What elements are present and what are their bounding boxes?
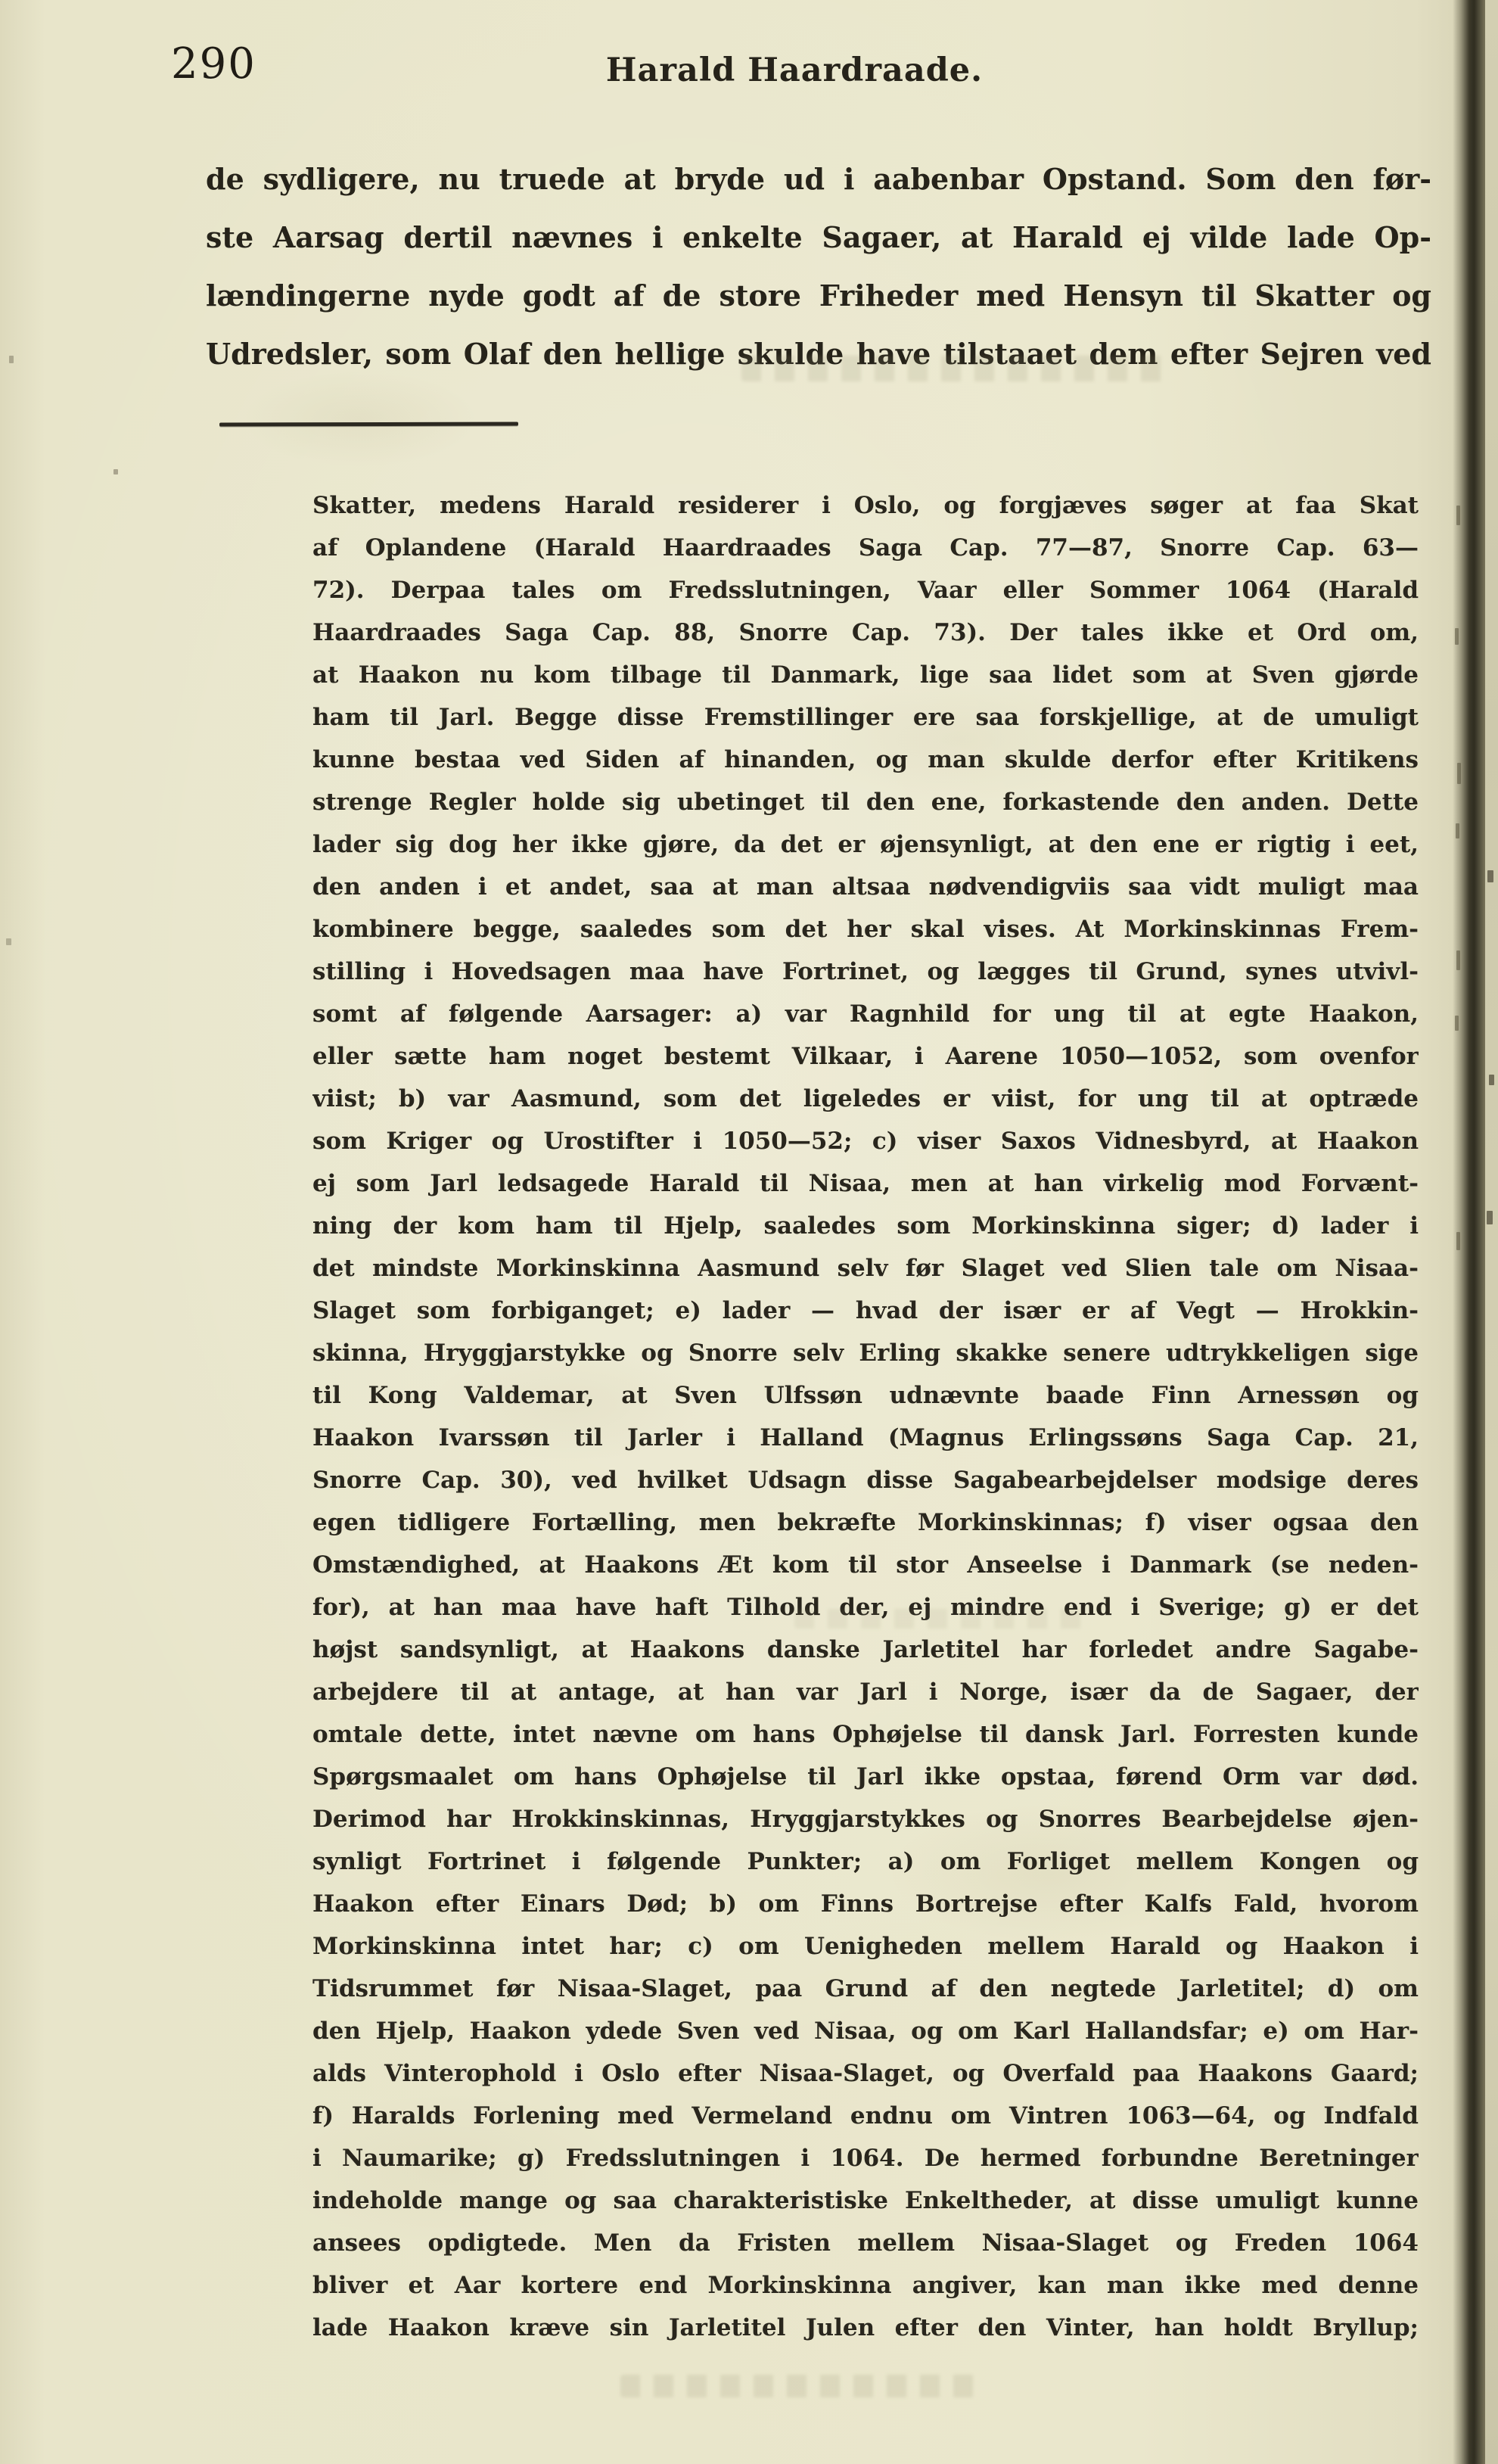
text-line: lændingerne nyde godt af de store Frihed… (206, 266, 1431, 325)
text-line: for), at han maa have haft Tilhold der, … (312, 1586, 1419, 1629)
margin-mark (1455, 628, 1459, 645)
text-line: kombinere begge, saaledes som det her sk… (312, 908, 1419, 950)
ink-speck (9, 356, 14, 363)
footnote-text-block: Skatter, medens Harald residerer i Oslo,… (312, 484, 1419, 2349)
main-text-block: de sydligere, nu truede at bryde ud i aa… (206, 150, 1431, 383)
text-line: f) Haralds Forlening med Vermeland endnu… (312, 2095, 1419, 2137)
text-line: 72). Derpaa tales om Fredsslutningen, Va… (312, 569, 1419, 611)
text-line: højst sandsynligt, at Haakons danske Jar… (312, 1629, 1419, 1671)
text-line: synligt Fortrinet i følgende Punkter; a)… (312, 1840, 1419, 1883)
text-line: Spørgsmaalet om hans Ophøjelse til Jarl … (312, 1756, 1419, 1798)
text-line: skinna, Hryggjarstykke og Snorre selv Er… (312, 1332, 1419, 1374)
text-line: Derimod har Hrokkinskinnas, Hryggjarstyk… (312, 1798, 1419, 1840)
text-line: indeholde mange og saa charakteristiske … (312, 2179, 1419, 2222)
margin-mark (1456, 950, 1460, 970)
text-line: i Naumarike; g) Fredsslutningen i 1064. … (312, 2137, 1419, 2179)
text-line: bliver et Aar kortere end Morkinskinna a… (312, 2264, 1419, 2307)
text-line: omtale dette, intet nævne om hans Ophøje… (312, 1713, 1419, 1756)
text-line: alds Vinterophold i Oslo efter Nisaa-Sla… (312, 2052, 1419, 2095)
text-line: eller sætte ham noget bestemt Vilkaar, i… (312, 1035, 1419, 1078)
text-line: at Haakon nu kom tilbage til Danmark, li… (312, 654, 1419, 696)
text-line: Omstændighed, at Haakons Æt kom til stor… (312, 1544, 1419, 1586)
book-page: 290 Harald Haardraade. de sydligere, nu … (0, 0, 1498, 2464)
text-line: Tidsrummet før Nisaa-Slaget, paa Grund a… (312, 1968, 1419, 2010)
footnote-separator-rule (219, 422, 518, 426)
text-line: somt af følgende Aarsager: a) var Ragnhi… (312, 993, 1419, 1035)
opposite-page-edge (1485, 0, 1498, 2464)
text-line: lade Haakon kræve sin Jarletitel Julen e… (312, 2307, 1419, 2349)
text-line: den anden i et andet, saa at man altsaa … (312, 866, 1419, 908)
text-line: lader sig dog her ikke gjøre, da det er … (312, 823, 1419, 866)
text-line: af Oplandene (Harald Haardraades Saga Ca… (312, 527, 1419, 569)
text-line: egen tidligere Fortælling, men bekræfte … (312, 1501, 1419, 1544)
page-number: 290 (171, 39, 256, 89)
text-line: ste Aarsag dertil nævnes i enkelte Sagae… (206, 208, 1431, 266)
text-line: Udredsler, som Olaf den hellige skulde h… (206, 325, 1431, 383)
text-line: Snorre Cap. 30), ved hvilket Udsagn diss… (312, 1459, 1419, 1501)
text-line: kunne bestaa ved Siden af hinanden, og m… (312, 739, 1419, 781)
ink-speck (113, 469, 118, 474)
text-line: stilling i Hovedsagen maa have Fortrinet… (312, 950, 1419, 993)
text-line: Haakon efter Einars Død; b) om Finns Bor… (312, 1883, 1419, 1925)
text-line: Morkinskinna intet har; c) om Uenigheden… (312, 1925, 1419, 1968)
text-line: strenge Regler holde sig ubetinget til d… (312, 781, 1419, 823)
text-line: de sydligere, nu truede at bryde ud i aa… (206, 150, 1431, 208)
ink-speck (6, 938, 11, 945)
text-line: ham til Jarl. Begge disse Fremstillinger… (312, 696, 1419, 739)
ink-speck (1487, 870, 1493, 882)
ink-speck (1487, 1211, 1493, 1224)
text-line: den Hjelp, Haakon ydede Sven ved Nisaa, … (312, 2010, 1419, 2052)
text-line: det mindste Morkinskinna Aasmund selv fø… (312, 1247, 1419, 1290)
text-line: Haakon Ivarssøn til Jarler i Halland (Ma… (312, 1417, 1419, 1459)
text-line: som Kriger og Urostifter i 1050—52; c) v… (312, 1120, 1419, 1162)
margin-mark (1456, 823, 1459, 838)
text-line: ej som Jarl ledsagede Harald til Nisaa, … (312, 1162, 1419, 1205)
text-line: Slaget som forbiganget; e) lader — hvad … (312, 1290, 1419, 1332)
text-line: til Kong Valdemar, at Sven Ulfssøn udnæv… (312, 1374, 1419, 1417)
text-line: arbejdere til at antage, at han var Jarl… (312, 1671, 1419, 1713)
ghost-smudge (620, 2375, 976, 2397)
margin-mark (1457, 763, 1461, 784)
ink-speck (1489, 1075, 1494, 1085)
margin-mark (1456, 506, 1460, 525)
text-line: ansees opdigtede. Men da Fristen mellem … (312, 2222, 1419, 2264)
text-line: viist; b) var Aasmund, som det ligeledes… (312, 1078, 1419, 1120)
margin-mark (1455, 1016, 1459, 1031)
running-title: Harald Haardraade. (575, 51, 1014, 89)
text-line: ning der kom ham til Hjelp, saaledes som… (312, 1205, 1419, 1247)
margin-mark (1456, 1232, 1460, 1250)
text-line: Skatter, medens Harald residerer i Oslo,… (312, 484, 1419, 527)
text-line: Haardraades Saga Cap. 88, Snorre Cap. 73… (312, 611, 1419, 654)
